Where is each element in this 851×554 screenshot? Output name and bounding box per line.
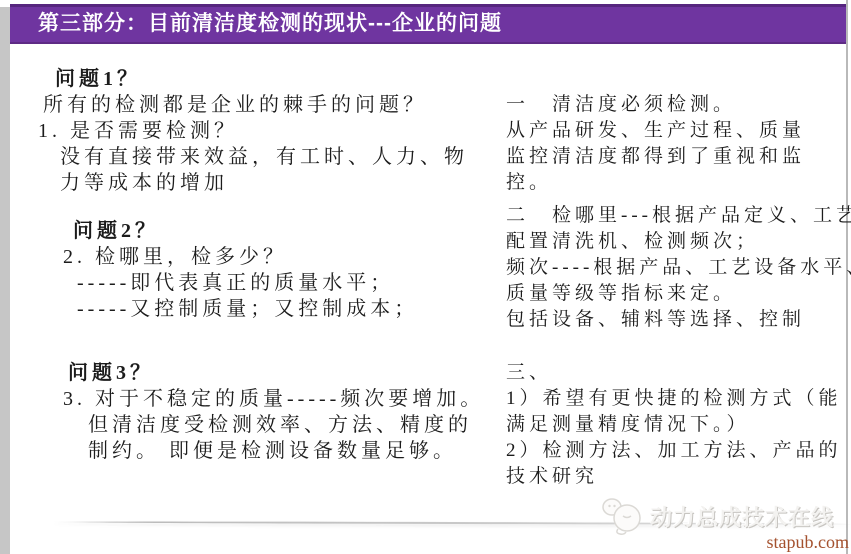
text-line: 配置清洗机、检测频次； [506, 229, 851, 255]
text-line: 制约。 即便是检测设备数量足够。 [63, 438, 484, 464]
text-line: 从产品研发、生产过程、质量 [506, 118, 805, 144]
answer-1-section: 一 清洁度必须检测。 从产品研发、生产过程、质量 监控清洁度都得到了重视和监 控… [506, 92, 805, 196]
problem-1-heading: 问题1？ [38, 66, 468, 92]
text-line: 没有直接带来效益，有工时、人力、物 [38, 144, 468, 170]
text-line: -----又控制质量；又控制成本； [63, 296, 418, 322]
text-line: 2. 检哪里，检多少？ [63, 244, 418, 270]
text-line: 监控清洁度都得到了重视和监 [506, 144, 805, 170]
text-line: 1. 是否需要检测？ [38, 118, 468, 144]
answer-2-section: 二 检哪里---根据产品定义、工艺 配置清洗机、检测频次； 频次----根据产品… [506, 203, 851, 333]
text-line: 3. 对于不稳定的质量-----频次要增加。 [63, 386, 484, 412]
text-line: 一 清洁度必须检测。 [506, 92, 805, 118]
problem-3-heading: 问题3？ [63, 360, 484, 386]
problem-2-heading: 问题2？ [63, 218, 418, 244]
text-line: 控。 [506, 170, 805, 196]
text-line: -----即代表真正的质量水平； [63, 270, 418, 296]
site-url: stapub.com [767, 532, 850, 553]
problem-2-section: 问题2？ 2. 检哪里，检多少？ -----即代表真正的质量水平； -----又… [63, 218, 418, 322]
left-edge-strip [0, 7, 10, 554]
slide-title-bar: 第三部分：目前清洁度检测的现状---企业的问题 [10, 4, 846, 44]
problem-1-section: 问题1？ 所有的检测都是企业的棘手的问题？ 1. 是否需要检测？ 没有直接带来效… [38, 66, 468, 196]
watermark-text: 动力总成技术在线 [650, 501, 834, 532]
watermark: 动力总成技术在线 [598, 496, 834, 536]
text-line: 二 检哪里---根据产品定义、工艺 [506, 203, 851, 229]
text-line: 包括设备、辅料等选择、控制 [506, 307, 851, 333]
answer-3-section: 三、 1）希望有更快捷的检测方式（能 满足测量精度情况下。） 2）检测方法、加工… [506, 360, 842, 490]
text-line: 频次----根据产品、工艺设备水平、 [506, 255, 851, 281]
page-title: 第三部分：目前清洁度检测的现状---企业的问题 [10, 7, 846, 41]
text-line: 技术研究 [506, 464, 842, 490]
text-line: 但清洁度受检测效率、方法、精度的 [63, 412, 484, 438]
text-line: 1）希望有更快捷的检测方式（能 [506, 386, 842, 412]
text-line: 所有的检测都是企业的棘手的问题？ [38, 92, 468, 118]
text-line: 力等成本的增加 [38, 170, 468, 196]
penguin-chat-logo-icon [598, 496, 650, 536]
problem-3-section: 问题3？ 3. 对于不稳定的质量-----频次要增加。 但清洁度受检测效率、方法… [63, 360, 484, 464]
text-line: 质量等级等指标来定。 [506, 281, 851, 307]
text-line: 三、 [506, 360, 842, 386]
text-line: 2）检测方法、加工方法、产品的 [506, 438, 842, 464]
text-line: 满足测量精度情况下。） [506, 412, 842, 438]
presentation-slide: 第三部分：目前清洁度检测的现状---企业的问题 问题1？ 所有的检测都是企业的棘… [0, 0, 851, 554]
